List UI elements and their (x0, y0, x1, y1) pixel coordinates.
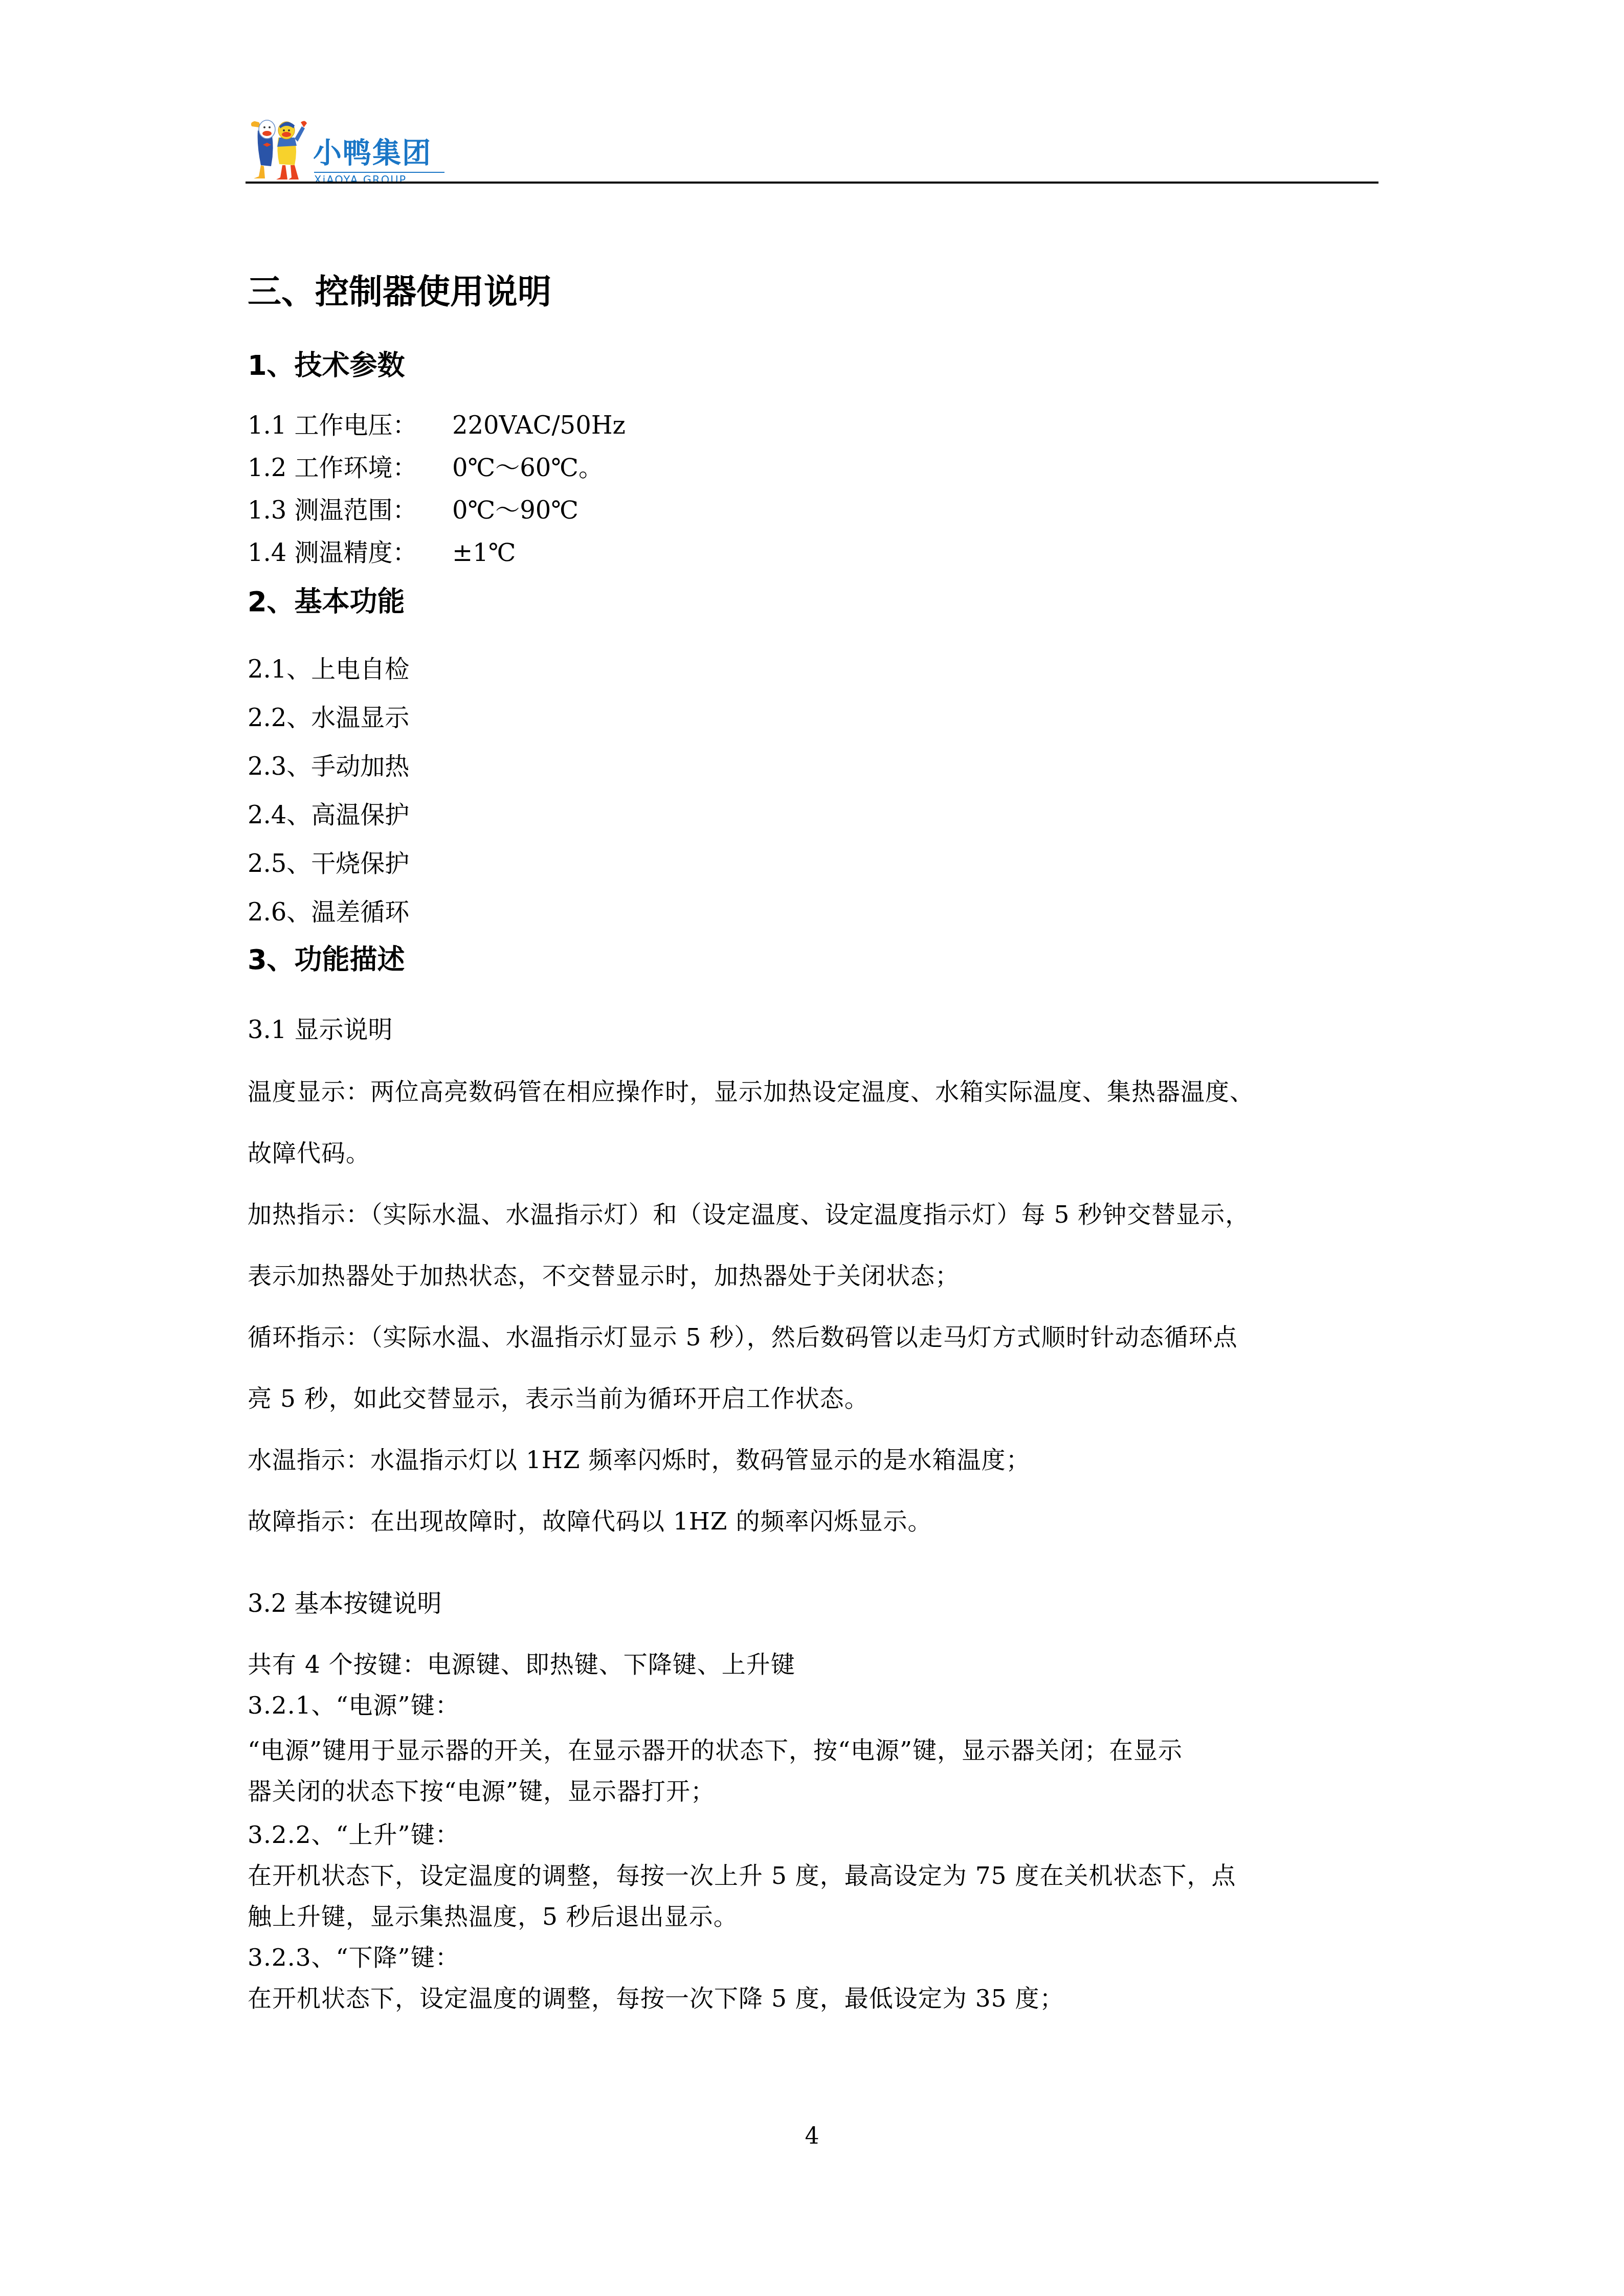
param-value: 0℃～90℃ (452, 496, 579, 525)
function-item: 2.3、手动加热 (248, 754, 409, 779)
key-heading: 3.2.2、“上升”键： (248, 1823, 460, 1847)
param-row: 1.2 工作环境：0℃～60℃。 (248, 456, 603, 480)
company-logo: 小鸭集团 XiAOYA GROUP (248, 115, 442, 182)
logo-chinese-text: 小鸭集团 (313, 138, 432, 169)
paragraph-line: 亮 5 秒，如此交替显示，表示当前为循环开启工作状态。 (248, 1387, 869, 1411)
logo-divider (314, 172, 444, 173)
header-rule (246, 182, 1378, 184)
param-label: 1.1 工作电压： (248, 413, 452, 438)
function-item: 2.6、温差循环 (248, 900, 409, 925)
paragraph-line: 在开机状态下，设定温度的调整，每按一次下降 5 度，最低设定为 35 度； (248, 1987, 1064, 2011)
page-title: 三、控制器使用说明 (248, 275, 551, 309)
section-3-heading: 3、功能描述 (248, 946, 405, 974)
param-value: 220VAC/50Hz (452, 411, 626, 440)
function-item: 2.1、上电自检 (248, 657, 409, 682)
param-row: 1.3 测温范围：0℃～90℃ (248, 498, 579, 523)
param-label: 1.4 测温精度： (248, 541, 452, 565)
subsection-3-1-title: 3.1 显示说明 (248, 1018, 393, 1042)
paragraph-line: 温度显示：两位高亮数码管在相应操作时，显示加热设定温度、水箱实际温度、集热器温度… (248, 1080, 1254, 1104)
function-item: 2.5、干烧保护 (248, 851, 409, 876)
subsection-3-2-title: 3.2 基本按键说明 (248, 1591, 442, 1616)
key-heading: 3.2.1、“电源”键： (248, 1694, 460, 1718)
paragraph-line: 在开机状态下，设定温度的调整，每按一次上升 5 度，最高设定为 75 度在关机状… (248, 1864, 1236, 1888)
logo-english-text: XiAOYA GROUP (314, 174, 407, 186)
paragraph-line: “电源”键用于显示器的开关，在显示器开的状态下，按“电源”键，显示器关闭；在显示 (248, 1739, 1183, 1763)
param-value: 0℃～60℃。 (452, 454, 603, 482)
section-2-heading: 2、基本功能 (248, 588, 405, 616)
paragraph-line: 加热指示：（实际水温、水温指示灯）和（设定温度、设定温度指示灯）每 5 秒钟交替… (248, 1203, 1250, 1227)
param-label: 1.2 工作环境： (248, 456, 452, 480)
paragraph-line: 故障指示：在出现故障时，故障代码以 1HZ 的频率闪烁显示。 (248, 1510, 932, 1534)
param-label: 1.3 测温范围： (248, 498, 452, 523)
paragraph-line: 水温指示：水温指示灯以 1HZ 频率闪烁时，数码管显示的是水箱温度； (248, 1448, 1030, 1472)
paragraph-line: 器关闭的状态下按“电源”键，显示器打开； (248, 1780, 715, 1804)
paragraph-line: 共有 4 个按键：电源键、即热键、下降键、上升键 (248, 1653, 795, 1677)
page-number: 4 (0, 2123, 1624, 2149)
function-item: 2.2、水温显示 (248, 706, 409, 730)
paragraph-line: 循环指示：（实际水温、水温指示灯显示 5 秒），然后数码管以走马灯方式顺时针动态… (248, 1325, 1238, 1349)
paragraph-line: 表示加热器处于加热状态，不交替显示时，加热器处于关闭状态； (248, 1264, 960, 1288)
duck-mascots-icon (248, 115, 309, 182)
document-page: 小鸭集团 XiAOYA GROUP 三、控制器使用说明 1、技术参数 1.1 工… (0, 0, 1624, 2296)
function-item: 2.4、高温保护 (248, 803, 409, 827)
param-value: ±1℃ (452, 538, 516, 567)
page-header: 小鸭集团 XiAOYA GROUP (248, 110, 1378, 187)
param-row: 1.1 工作电压：220VAC/50Hz (248, 413, 626, 438)
paragraph-line: 故障代码。 (248, 1141, 370, 1165)
section-1-heading: 1、技术参数 (248, 352, 405, 379)
key-heading: 3.2.3、“下降”键： (248, 1946, 460, 1970)
param-row: 1.4 测温精度：±1℃ (248, 541, 516, 565)
paragraph-line: 触上升键，显示集热温度，5 秒后退出显示。 (248, 1905, 738, 1929)
